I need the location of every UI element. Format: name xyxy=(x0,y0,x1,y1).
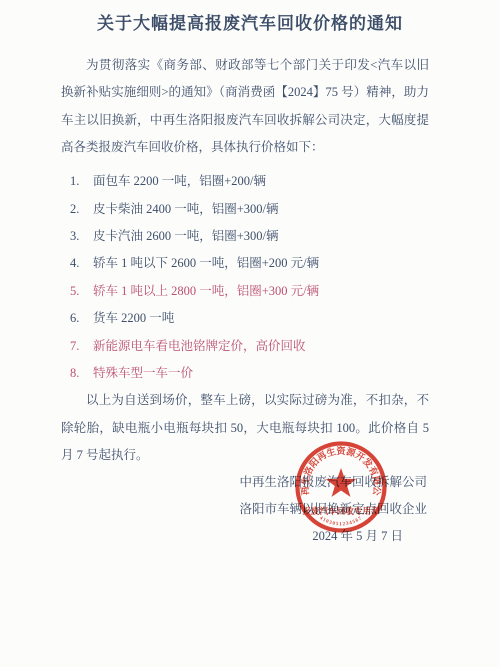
price-list-item: 7.新能源电车看电池铭牌定价，高价回收 xyxy=(61,333,429,360)
price-list-item: 6.货车 2200 一吨 xyxy=(61,305,429,332)
intro-paragraph: 为贯彻落实《商务部、财政部等七个部门关于印发<汽车以旧换新补贴实施细则>的通知》… xyxy=(61,52,429,161)
item-number: 3. xyxy=(70,223,93,250)
price-list-item: 5.轿车 1 吨以上 2800 一吨，铝圈+300 元/辆 xyxy=(61,278,429,305)
page-title: 关于大幅提高报废汽车回收价格的通知 xyxy=(0,0,500,34)
signature-date: 2024 年 5 月 7 日 xyxy=(61,523,429,550)
notice-document: 关于大幅提高报废汽车回收价格的通知 为贯彻落实《商务部、财政部等七个部门关于印发… xyxy=(0,0,500,667)
item-text: 面包车 2200 一吨，铝圈+200/辆 xyxy=(93,174,266,188)
item-number: 2. xyxy=(70,196,93,223)
price-list: 1.面包车 2200 一吨，铝圈+200/辆 2.皮卡柴油 2400 一吨，铝圈… xyxy=(61,168,429,387)
item-text: 轿车 1 吨以下 2600 一吨，铝圈+200 元/辆 xyxy=(93,256,319,270)
signature-designation: 洛阳市车辆以旧换新定点回收企业 xyxy=(61,496,429,523)
price-list-item: 1.面包车 2200 一吨，铝圈+200/辆 xyxy=(61,168,429,195)
item-number: 1. xyxy=(70,168,93,195)
item-number: 4. xyxy=(70,250,93,277)
item-text: 皮卡汽油 2600 一吨，铝圈+300/辆 xyxy=(93,229,279,243)
price-list-item: 8.特殊车型一车一价 xyxy=(61,360,429,387)
item-number: 7. xyxy=(70,333,93,360)
item-text: 货车 2200 一吨 xyxy=(93,311,174,325)
notice-body: 为贯彻落实《商务部、财政部等七个部门关于印发<汽车以旧换新补贴实施细则>的通知》… xyxy=(61,52,429,550)
item-number: 6. xyxy=(70,305,93,332)
item-text: 新能源电车看电池铭牌定价，高价回收 xyxy=(93,339,306,353)
price-list-item: 4.轿车 1 吨以下 2600 一吨，铝圈+200 元/辆 xyxy=(61,250,429,277)
item-number: 8. xyxy=(70,360,93,387)
closing-paragraph: 以上为自送到场价，整车上磅，以实际过磅为准，不扣杂，不除轮胎，缺电瓶小电瓶每块扣… xyxy=(61,387,429,469)
price-list-item: 3.皮卡汽油 2600 一吨，铝圈+300/辆 xyxy=(61,223,429,250)
item-number: 5. xyxy=(70,278,93,305)
signature-company: 中再生洛阳报废汽车回收拆解公司 xyxy=(61,469,429,496)
item-text: 皮卡柴油 2400 一吨，铝圈+300/辆 xyxy=(93,202,279,216)
price-list-item: 2.皮卡柴油 2400 一吨，铝圈+300/辆 xyxy=(61,196,429,223)
item-text: 轿车 1 吨以上 2800 一吨，铝圈+300 元/辆 xyxy=(93,284,319,298)
item-text: 特殊车型一车一价 xyxy=(93,366,193,380)
